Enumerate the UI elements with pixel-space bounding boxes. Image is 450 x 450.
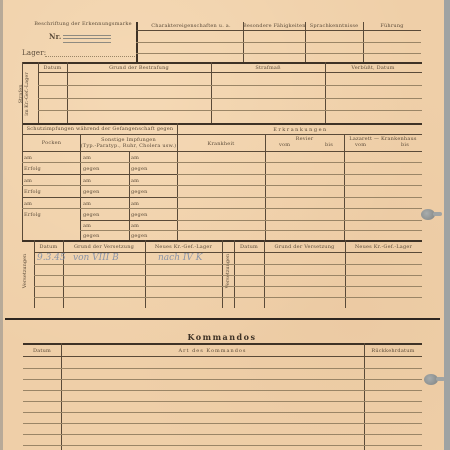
erkr-col-krankheit: Krankheit: [177, 141, 265, 147]
strafen-col-strafmass: Strafmaß: [211, 65, 325, 71]
vers-left-col-lager: Neues Kr.-Gef.-Lager: [145, 244, 222, 250]
fold-line: [5, 318, 440, 320]
kommandos-row-line: [23, 434, 422, 435]
impf-cell-gegen: gegen: [131, 189, 148, 195]
impf-col-sonstige: Sonstige Impfungen (Typ.-Paratyp., Ruhr,…: [80, 137, 177, 149]
record-card-page: Beschriftung der Erkennungsmarke Nr. Lag…: [3, 0, 445, 450]
impf-group-line: [80, 220, 177, 221]
kommandos-top-rule: [23, 343, 422, 345]
vers-entry-lager: nach IV K: [158, 253, 203, 263]
header-row-line: [136, 53, 421, 54]
erkr-revier-vom: vom: [279, 142, 290, 148]
vers-row-line: [34, 264, 422, 265]
impf-col-pocken: Pocken: [23, 140, 80, 146]
vers-entry-grund: von VIII B: [73, 253, 119, 263]
kommandos-col-datum: Datum: [23, 348, 61, 354]
erkrankungen-title: Erkrankungen: [178, 127, 423, 133]
kommandos-col-art: Art des Kommandos: [61, 348, 364, 354]
vers-right-col-grund: Grund der Versetzung: [264, 244, 345, 250]
impf-cell-gegen: gegen: [131, 233, 148, 239]
impf-cell-gegen: gegen: [83, 233, 100, 239]
strafen-bottom-rule: [22, 123, 422, 125]
impf-row-erfolg: Erfolg: [24, 166, 41, 172]
erkr-lazarett-vom: vom: [355, 142, 366, 148]
punch-hole: [424, 374, 438, 385]
kommandos-row-line: [23, 401, 422, 402]
strafen-col-datum: Datum: [38, 65, 67, 71]
nr-field: [63, 35, 111, 43]
kommandos-row-line: [23, 423, 422, 424]
vers-entry-datum: 9.3.45: [37, 253, 66, 263]
impf-title-rule: [22, 134, 177, 135]
lager-field: [45, 56, 135, 57]
erkr-col-divider: [265, 134, 266, 240]
kommandos-col-rueckkehr: Rückkehrdatum: [364, 348, 422, 354]
impf-group-line: [22, 197, 177, 198]
header-row-line: [136, 42, 421, 43]
vers-left-col-datum: Datum: [34, 244, 63, 250]
header-col-fuehrung: Führung: [363, 23, 421, 29]
impf-row-erfolg: Erfolg: [24, 189, 41, 195]
erkr-lazarett-bis: bis: [401, 142, 409, 148]
strafen-col-verbuesst: Verbüßt, Datum: [325, 65, 421, 71]
impf-cell-gegen: gegen: [131, 166, 148, 172]
strafen-row-line: [38, 98, 422, 99]
impf-row-line: [177, 174, 422, 175]
punch-hole: [421, 209, 435, 220]
strafen-header-rule: [38, 72, 422, 73]
erkennungsmarke-label: Beschriftung der Erkennungsmarke: [33, 21, 133, 27]
impf-col-sonstige-sub: (Typ.-Paratyp., Ruhr, Cholera usw.): [81, 143, 177, 149]
impf-cell-am: am: [131, 178, 139, 184]
kommandos-title: Kommandos: [22, 332, 422, 342]
strafen-row-line: [38, 110, 422, 111]
erkr-title-rule: [177, 134, 422, 135]
impf-cell-am: am: [83, 178, 91, 184]
impf-row-am: am: [24, 155, 32, 161]
vers-row-line: [34, 286, 422, 287]
impf-col-divider: [80, 134, 81, 240]
impf-row-line: [22, 162, 422, 163]
strafen-row-line: [38, 85, 422, 86]
impf-cell-gegen: gegen: [83, 212, 100, 218]
vers-right-side-label: Versetzungen: [225, 251, 231, 291]
kommandos-row-line: [23, 412, 422, 413]
impf-header-rule: [22, 151, 422, 152]
erkr-col-divider: [344, 134, 345, 240]
impf-row-line: [80, 230, 422, 231]
impf-cell-am: am: [83, 155, 91, 161]
impf-cell-am: am: [131, 223, 139, 229]
erkr-revier-bis: bis: [325, 142, 333, 148]
strafen-side-label-2: im Kr.-Gef.-Lager: [24, 72, 30, 116]
strafen-side-label: Strafen im Kr.-Gef.-Lager: [18, 69, 30, 119]
vers-row-line: [34, 297, 422, 298]
lager-label: Lager:: [22, 49, 46, 57]
header-col-sprachen: Sprachkenntnisse: [305, 23, 363, 29]
vers-left-col-grund: Grund der Versetzung: [63, 244, 145, 250]
impf-row-line: [22, 185, 422, 186]
impf-group-line: [22, 174, 177, 175]
kommandos-row-line: [23, 445, 422, 446]
impf-row-line: [177, 197, 422, 198]
kommandos-row-line: [23, 368, 422, 369]
kommandos-header-rule: [23, 356, 422, 357]
vers-left-side-label: Versetzungen: [22, 251, 28, 291]
impf-cell-am: am: [83, 201, 91, 207]
vers-right-col-lager: Neues Kr.-Gef.-Lager: [345, 244, 422, 250]
impf-cell-am: am: [131, 155, 139, 161]
vers-right-col-datum: Datum: [234, 244, 264, 250]
header-rule: [136, 30, 421, 31]
impf-row-am: am: [24, 178, 32, 184]
impf-cell-am: am: [131, 201, 139, 207]
strafen-col-grund: Grund der Bestrafung: [67, 65, 211, 71]
impf-cell-gegen: gegen: [83, 189, 100, 195]
impf-row-line: [22, 208, 422, 209]
impf-cell-am: am: [83, 223, 91, 229]
scanner-edge: [444, 0, 450, 450]
impf-cell-gegen: gegen: [83, 166, 100, 172]
impf-row-am: am: [24, 201, 32, 207]
header-col-charakter: Charaktereigenschaften u. a.: [139, 23, 243, 29]
header-col-faehigkeiten: Besondere Fähigkeiten: [243, 23, 305, 29]
strafen-top-rule: [22, 62, 422, 64]
impf-sub-divider: [129, 151, 130, 240]
impf-row-erfolg: Erfolg: [24, 212, 41, 218]
impf-cell-gegen: gegen: [131, 212, 148, 218]
kommandos-row-line: [23, 379, 422, 380]
impf-row-line: [177, 220, 422, 221]
vers-row-line: [34, 275, 422, 276]
schutzimpfungen-title: Schutzimpfungen während der Gefangenscha…: [23, 126, 177, 132]
kommandos-row-line: [23, 390, 422, 391]
nr-label: Nr.: [49, 33, 61, 41]
